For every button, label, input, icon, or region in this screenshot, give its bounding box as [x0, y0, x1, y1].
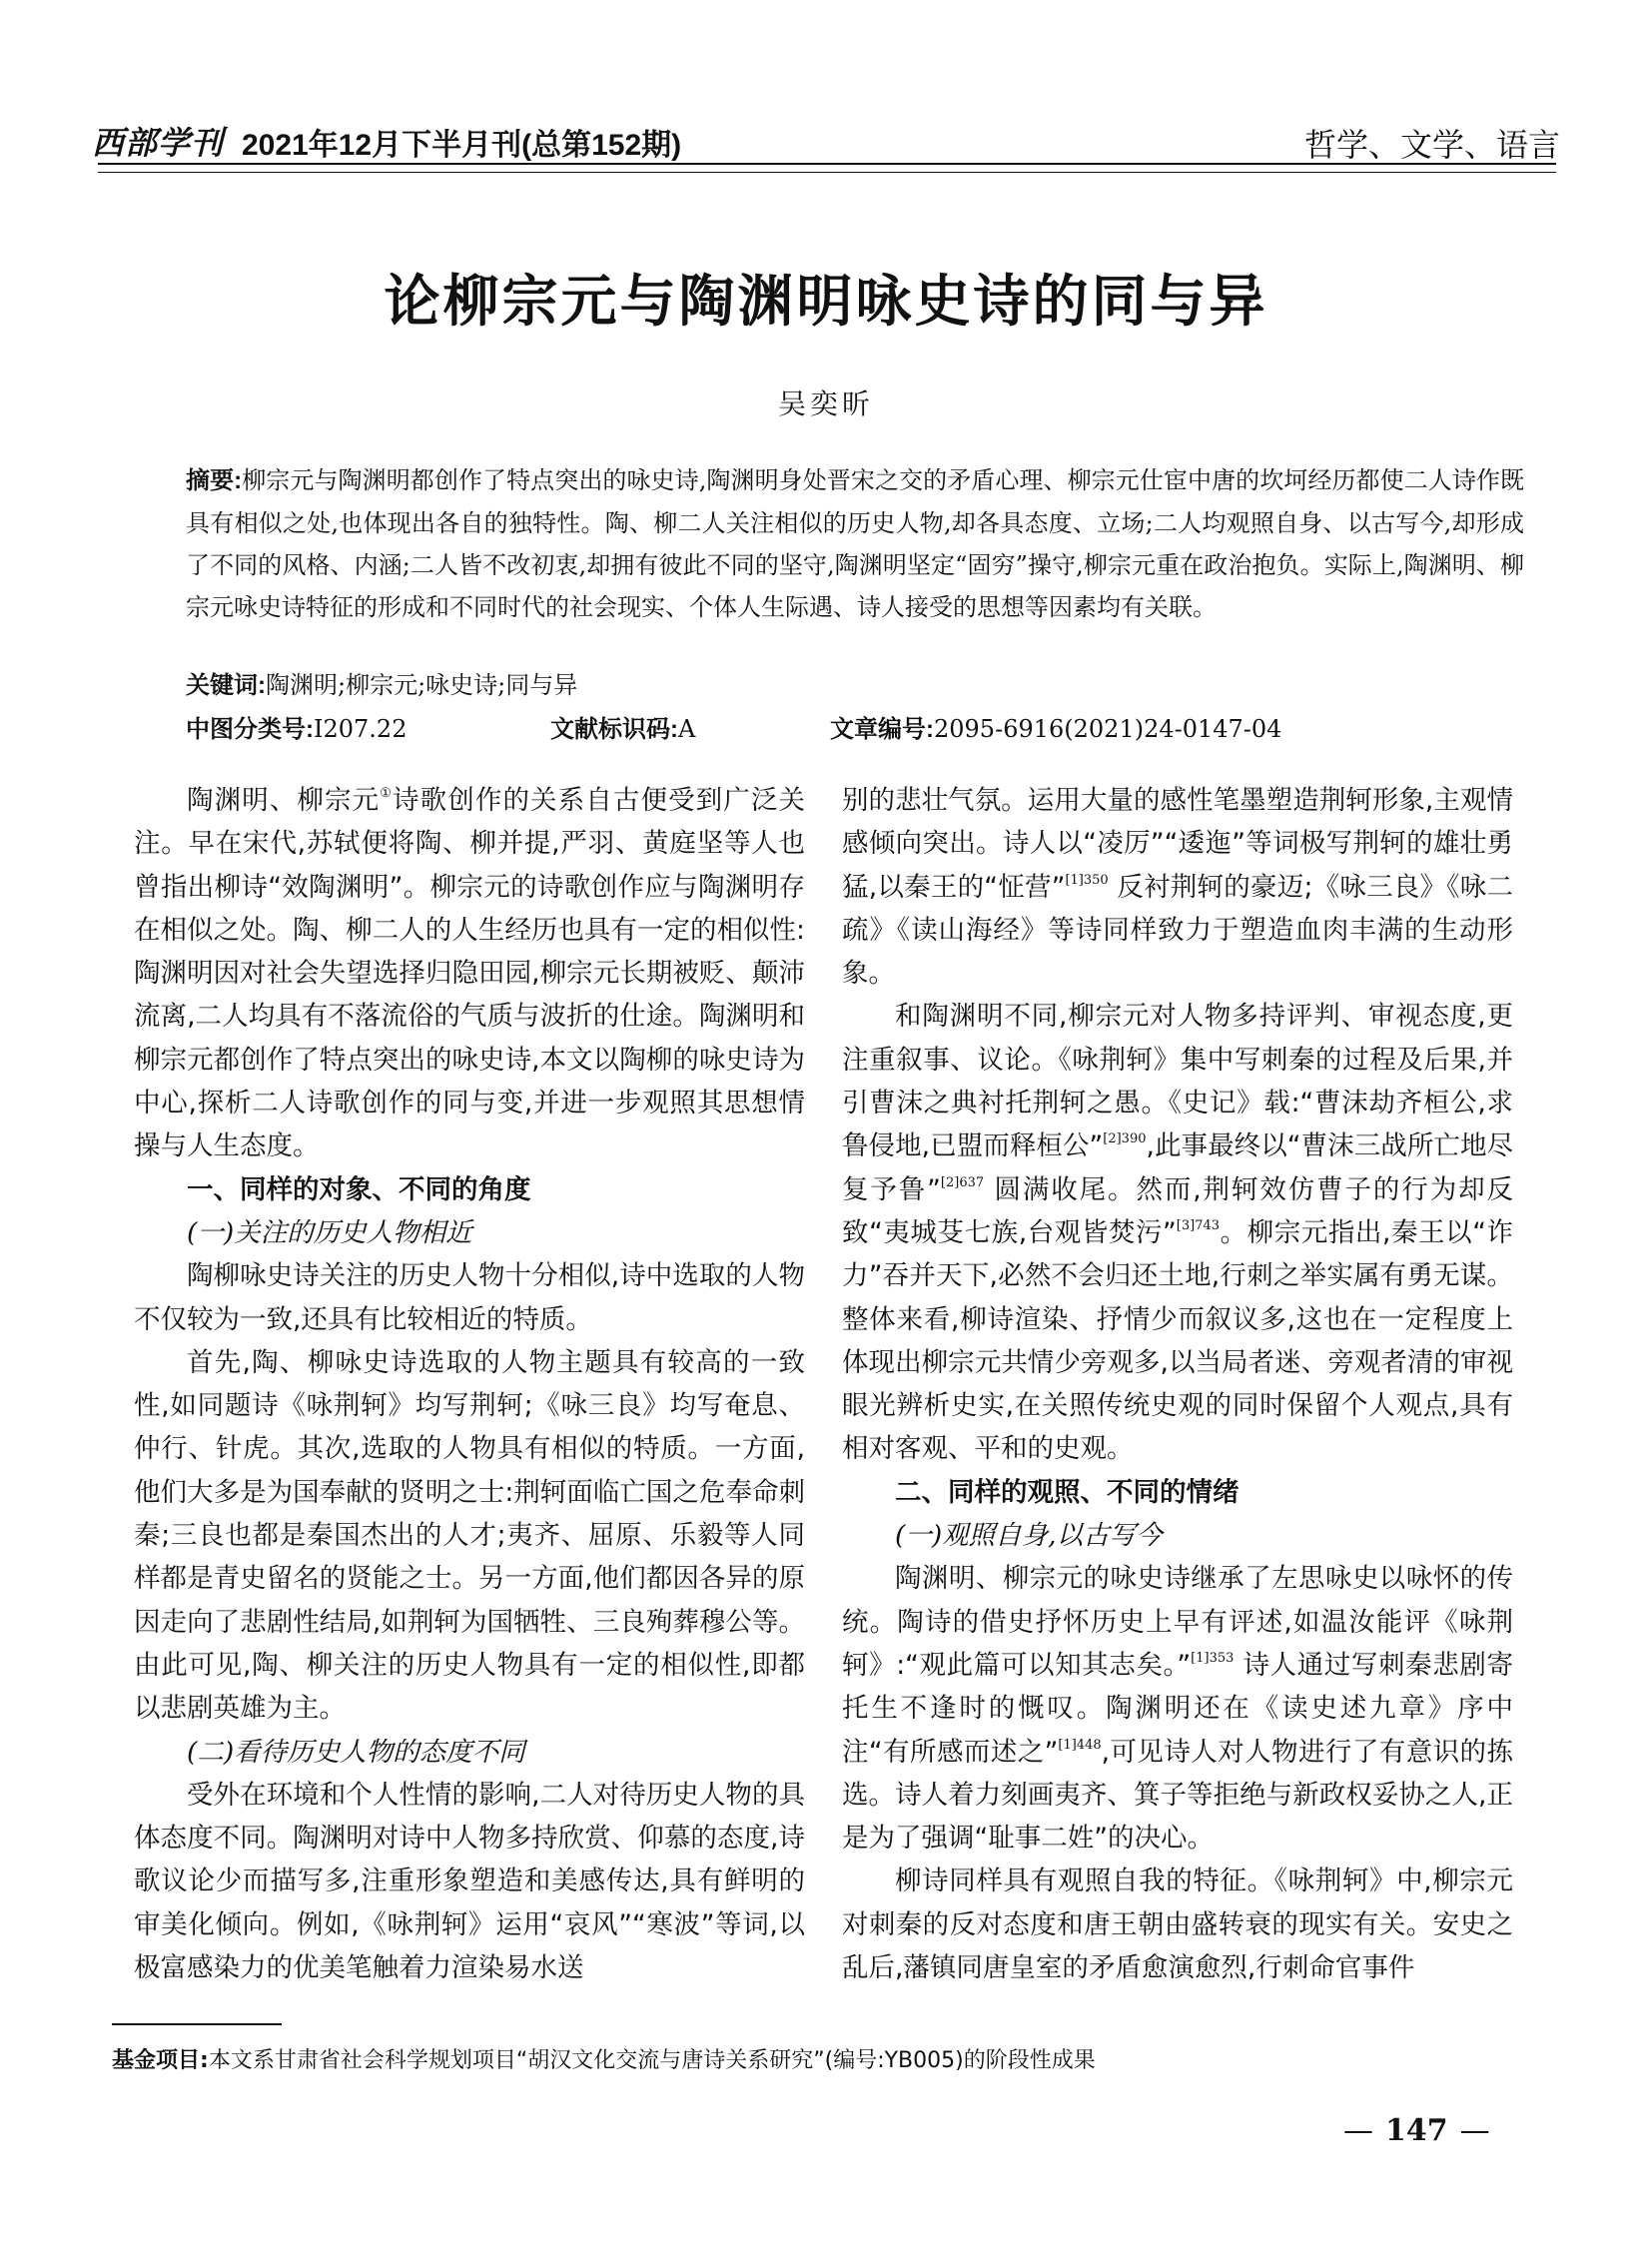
journal-logo: 西部学刊	[92, 118, 224, 164]
header-rule-bottom	[98, 172, 1556, 173]
section-name: 哲学、文学、语言	[1304, 120, 1560, 166]
abstract-label: 摘要:	[186, 467, 242, 494]
issue-info: 2021年12月下半月刊(总第152期)	[242, 120, 681, 164]
paragraph: 陶柳咏史诗关注的历史人物十分相似,诗中选取的人物不仅较为一致,还具有比较相近的特…	[134, 1254, 805, 1341]
clc-label: 中图分类号:	[186, 716, 314, 743]
body-column-right: 别的悲壮气氛。运用大量的感性笔墨塑造荆轲形象,主观情感倾向突出。诗人以“凌厉”“…	[842, 779, 1513, 1989]
citation[interactable]: [2]637	[941, 1175, 984, 1190]
citation[interactable]: [1]448	[1058, 1738, 1101, 1753]
keywords: 关键词:陶渊明;柳宗元;咏史诗;同与异	[186, 665, 577, 700]
paragraph: 柳诗同样具有观照自我的特征。《咏荆轲》中,柳宗元对刺秦的反对态度和唐王朝由盛转衰…	[842, 1860, 1513, 1989]
paragraph: 受外在环境和个人性情的影响,二人对待历史人物的具体态度不同。陶渊明对诗中人物多持…	[134, 1774, 805, 1989]
citation[interactable]: [2]390	[1103, 1131, 1146, 1146]
abstract-text: 柳宗元与陶渊明都创作了特点突出的咏史诗,陶渊明身处晋宋之交的矛盾心理、柳宗元仕宦…	[186, 466, 1524, 621]
keywords-label: 关键词:	[186, 672, 266, 699]
paragraph-continued: 别的悲壮气氛。运用大量的感性笔墨塑造荆轲形象,主观情感倾向突出。诗人以“凌厉”“…	[842, 779, 1513, 995]
page-number: —147—	[1343, 2113, 1490, 2148]
subsection-heading-2-1: (一)观照自身,以古写今	[842, 1514, 1513, 1557]
citation[interactable]: [1]353	[1191, 1651, 1234, 1666]
abstract: 摘要:柳宗元与陶渊明都创作了特点突出的咏史诗,陶渊明身处晋宋之交的矛盾心理、柳宗…	[186, 459, 1524, 628]
footnote-marker[interactable]: ①	[380, 786, 393, 801]
clc-number: 中图分类号:I207.22	[186, 709, 407, 744]
keywords-text: 陶渊明;柳宗元;咏史诗;同与异	[266, 671, 577, 699]
article-number: 文章编号:2095-6916(2021)24-0147-04	[830, 709, 1281, 744]
citation[interactable]: [3]743	[1177, 1218, 1220, 1233]
paragraph: 和陶渊明不同,柳宗元对人物多持评判、审视态度,更注重叙事、议论。《咏荆轲》集中写…	[842, 995, 1513, 1470]
section-heading-1: 一、同样的对象、不同的角度	[134, 1168, 805, 1211]
doc-code-value: A	[678, 715, 695, 743]
paragraph: 陶渊明、柳宗元①诗歌创作的关系自古便受到广泛关注。早在宋代,苏轼便将陶、柳并提,…	[134, 779, 805, 1168]
funding-footnote: 基金项目:本文系甘肃省社会科学规划项目“胡汉文化交流与唐诗关系研究”(编号:YB…	[112, 2043, 1096, 2074]
doc-code-label: 文献标识码:	[550, 716, 678, 743]
article-title: 论柳宗元与陶渊明咏史诗的同与异	[0, 258, 1652, 338]
section-heading-2: 二、同样的观照、不同的情绪	[842, 1471, 1513, 1514]
article-author: 吴奕昕	[0, 382, 1652, 422]
dash: —	[1343, 2113, 1373, 2148]
article-no-label: 文章编号:	[830, 716, 934, 743]
paragraph: 陶渊明、柳宗元的咏史诗继承了左思咏史以咏怀的传统。陶诗的借史抒怀历史上早有评述,…	[842, 1557, 1513, 1860]
article-no-value: 2095-6916(2021)24-0147-04	[934, 715, 1281, 743]
document-code: 文献标识码:A	[550, 709, 695, 744]
paragraph: 首先,陶、柳咏史诗选取的人物主题具有较高的一致性,如同题诗《咏荆轲》均写荆轲;《…	[134, 1341, 805, 1731]
dash: —	[1460, 2113, 1490, 2148]
text: 陶渊明、柳宗元	[187, 785, 380, 816]
running-header: 西部学刊 2021年12月下半月刊(总第152期) 哲学、文学、语言	[92, 118, 1560, 158]
subsection-heading-1-2: (二)看待历史人物的态度不同	[134, 1731, 805, 1774]
page-number-value: 147	[1373, 2113, 1460, 2148]
body-column-left: 陶渊明、柳宗元①诗歌创作的关系自古便受到广泛关注。早在宋代,苏轼便将陶、柳并提,…	[134, 779, 805, 1989]
footnote-text: 本文系甘肃省社会科学规划项目“胡汉文化交流与唐诗关系研究”(编号:YB005)的…	[209, 2048, 1096, 2073]
clc-value: I207.22	[314, 715, 407, 743]
footnote-divider	[112, 2023, 282, 2025]
text: 。柳宗元指出,秦王以“诈力”吞并天下,必然不会归还土地,行刺之举实属有勇无谋。整…	[842, 1217, 1513, 1464]
citation[interactable]: [1]350	[1065, 873, 1108, 888]
header-rule-top	[98, 163, 1556, 165]
subsection-heading-1-1: (一)关注的历史人物相近	[134, 1211, 805, 1254]
footnote-label: 基金项目:	[112, 2048, 209, 2073]
text: 诗歌创作的关系自古便受到广泛关注。早在宋代,苏轼便将陶、柳并提,严羽、黄庭坚等人…	[134, 785, 805, 1161]
